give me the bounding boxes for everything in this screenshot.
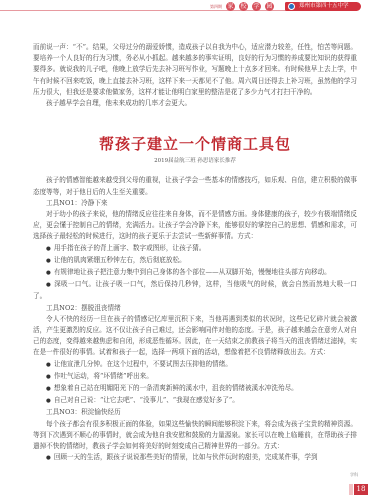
bullet-item: 有规律地让孩子把注意力集中到自己身体的各个部位——从双脚开始，慢慢地往头部方向移…: [33, 267, 357, 279]
bullet-item: 用手指在孩子的背上画字、数字或图形，让孩子猜。: [33, 243, 357, 255]
tool-heading-1: 工具NO1：冷静下来: [33, 198, 357, 209]
article-paragraph: 孩子的情感智能越来越受到父母的重视，让孩子学会一些基本的情感技巧，如乐观、自信，…: [33, 175, 357, 197]
bullet-item: 让他的肌肉紧绷五秒钟左右，然后彻底放松。: [33, 255, 357, 267]
article-paragraph: 令人不快的经历一旦在孩子的情感记忆库里沉积下来，当他再遇到类似的状况时，这些记忆…: [33, 314, 357, 359]
school-banner: 郑州市第四十五中学: [285, 2, 361, 11]
tool-heading-2: 工具NO2：摆脱沮丧情绪: [33, 303, 357, 314]
page-content: 而前说一声：“不”。结果，父母过分的溺爱娇惯，造成孩子以自我为中心，适应潜力较差…: [33, 42, 357, 465]
section-circle-garden: 园: [265, 2, 274, 11]
intro-conclusion: 孩子越早学会自理，他未来成功的几率才会更大。: [33, 98, 357, 109]
issue-label: 第四期: [210, 4, 222, 10]
page-header: 第四期 家 校 学 园 郑州市第四十五中学: [0, 0, 368, 14]
bullet-item: 回顾一天的生活，跟孩子说说那些美好的情景，比如与伙伴玩时的甜美，完成某件事，学到: [33, 452, 357, 464]
bullet-item: 自己对自己说：“让它去吧”、“没事儿”、“我现在感觉好多了”。: [33, 395, 357, 407]
section-circle-learn: 学: [252, 2, 261, 11]
bullet-item: 深吸一口气。让孩子吸一口气，然后保持几秒钟，这样，当他吸气的时候，就会自然而然地…: [33, 279, 357, 302]
page-number: 18: [354, 484, 368, 495]
school-logo-icon: [288, 3, 295, 10]
article-paragraph: 每个孩子都会有很多积极正面的体验，如果这些愉快的瞬间能够积淀下来，将会成为孩子宝…: [33, 419, 357, 453]
article-title: 帮孩子建立一个情商工具包: [33, 135, 357, 153]
page-tab-decoration: [349, 484, 353, 495]
article-paragraph: 对于幼小的孩子来说，他的情绪反应往往来自身体，而不是情感方面。身体健康的孩子，较…: [33, 209, 357, 243]
article-byline: 2019届益航三班 孙思语家长推荐: [33, 156, 357, 167]
bullet-item: 让他宣泄几分钟。在这个过程中，不要试图去压抑他的情绪。: [33, 359, 357, 371]
bullet-item: 作吐气运动，将“坏情绪”呼出来。: [33, 371, 357, 383]
intro-paragraph: 而前说一声：“不”。结果，父母过分的溺爱娇惯，造成孩子以自我为中心，适应潜力较差…: [33, 42, 357, 98]
side-note: 学科: [350, 472, 358, 478]
school-name: 郑州市第四十五中学: [299, 3, 349, 9]
bullet-item: 想象着自己站在明媚阳光下的一条清爽新鲜的溪水中，沮丧的情绪被溪水冲洗殆尽。: [33, 383, 357, 395]
section-circles: 家 校 学 园: [226, 2, 274, 11]
section-circle-home: 家: [226, 2, 235, 11]
tool-heading-3: 工具NO3：积淀愉快经历: [33, 407, 357, 418]
section-circle-school: 校: [239, 2, 248, 11]
